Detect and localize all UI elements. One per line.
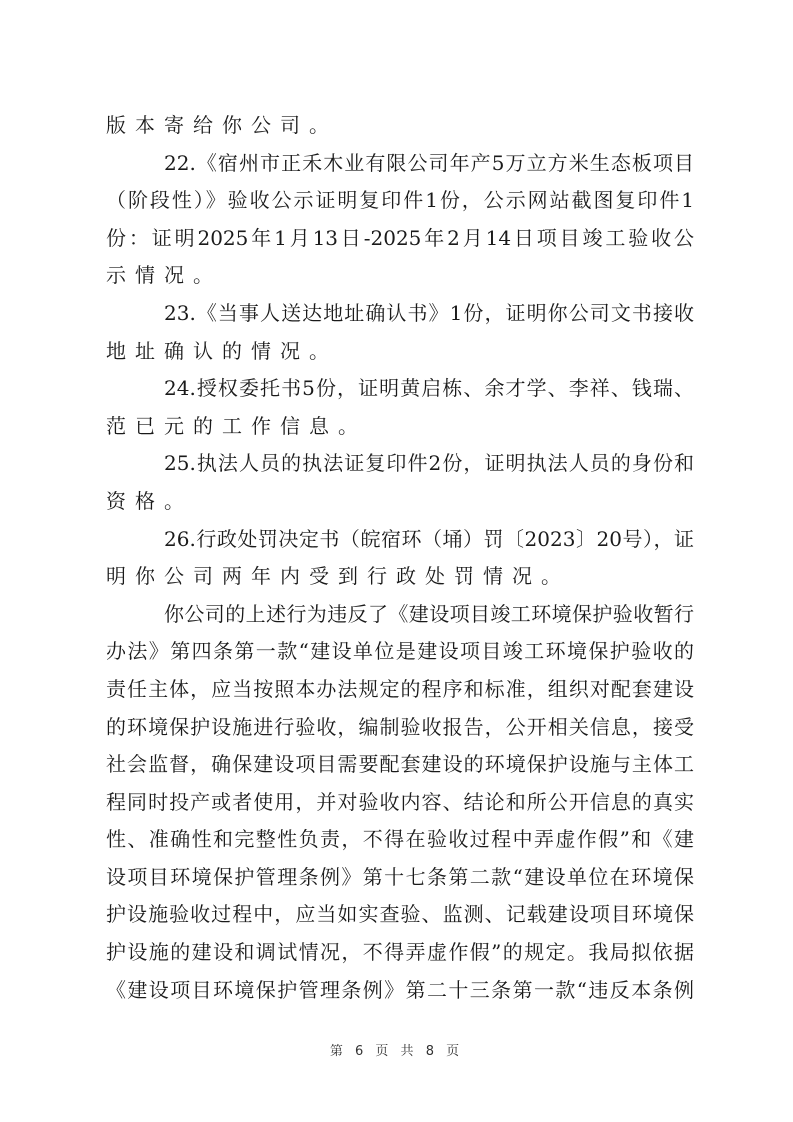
text-line: 26.行政处罚决定书（皖宿环（埇）罚〔2023〕20号），证: [106, 521, 694, 559]
text-line: 设项目环境保护管理条例》第十七条第二款“建设单位在环境保: [106, 859, 694, 897]
text-line: 版本寄给你公司。: [106, 107, 694, 145]
text-line: 护设施验收过程中，应当如实查验、监测、记载建设项目环境保: [106, 896, 694, 934]
text-line: 范已元的工作信息。: [106, 408, 694, 446]
text-line: 社会监督，确保建设项目需要配套建设的环境保护设施与主体工: [106, 746, 694, 784]
text-line: 23.《当事人送达地址确认书》1份，证明你公司文书接收: [106, 295, 694, 333]
text-line: 办法》第四条第一款“建设单位是建设项目竣工环境保护验收的: [106, 633, 694, 671]
text-line: 地址确认的情况。: [106, 333, 694, 371]
document-page: 版本寄给你公司。22.《宿州市正禾木业有限公司年产5万立方米生态板项目（阶段性）…: [0, 0, 793, 1122]
text-line: 示情况。: [106, 257, 694, 295]
text-line: 22.《宿州市正禾木业有限公司年产5万立方米生态板项目: [106, 145, 694, 183]
text-line: 你公司的上述行为违反了《建设项目竣工环境保护验收暂行: [106, 596, 694, 634]
text-line: 的环境保护设施进行验收，编制验收报告，公开相关信息，接受: [106, 709, 694, 747]
text-line: 《建设项目环境保护管理条例》第二十三条第一款“违反本条例: [106, 972, 694, 1010]
text-line: 份：证明2025年1月13日-2025年2月14日项目竣工验收公: [106, 220, 694, 258]
text-line: 程同时投产或者使用，并对验收内容、结论和所公开信息的真实: [106, 784, 694, 822]
body-text: 版本寄给你公司。22.《宿州市正禾木业有限公司年产5万立方米生态板项目（阶段性）…: [106, 107, 694, 1009]
text-line: 资格。: [106, 483, 694, 521]
text-line: 明你公司两年内受到行政处罚情况。: [106, 558, 694, 596]
text-line: （阶段性）》验收公示证明复印件1份，公示网站截图复印件1: [106, 182, 694, 220]
text-line: 责任主体，应当按照本办法规定的程序和标准，组织对配套建设: [106, 671, 694, 709]
text-line: 24.授权委托书5份，证明黄启栋、余才学、李祥、钱瑞、: [106, 370, 694, 408]
text-line: 25.执法人员的执法证复印件2份，证明执法人员的身份和: [106, 445, 694, 483]
text-line: 护设施的建设和调试情况，不得弄虚作假”的规定。我局拟依据: [106, 934, 694, 972]
text-line: 性、准确性和完整性负责，不得在验收过程中弄虚作假”和《建: [106, 821, 694, 859]
page-number-footer: 第 6 页 共 8 页: [0, 1040, 793, 1059]
